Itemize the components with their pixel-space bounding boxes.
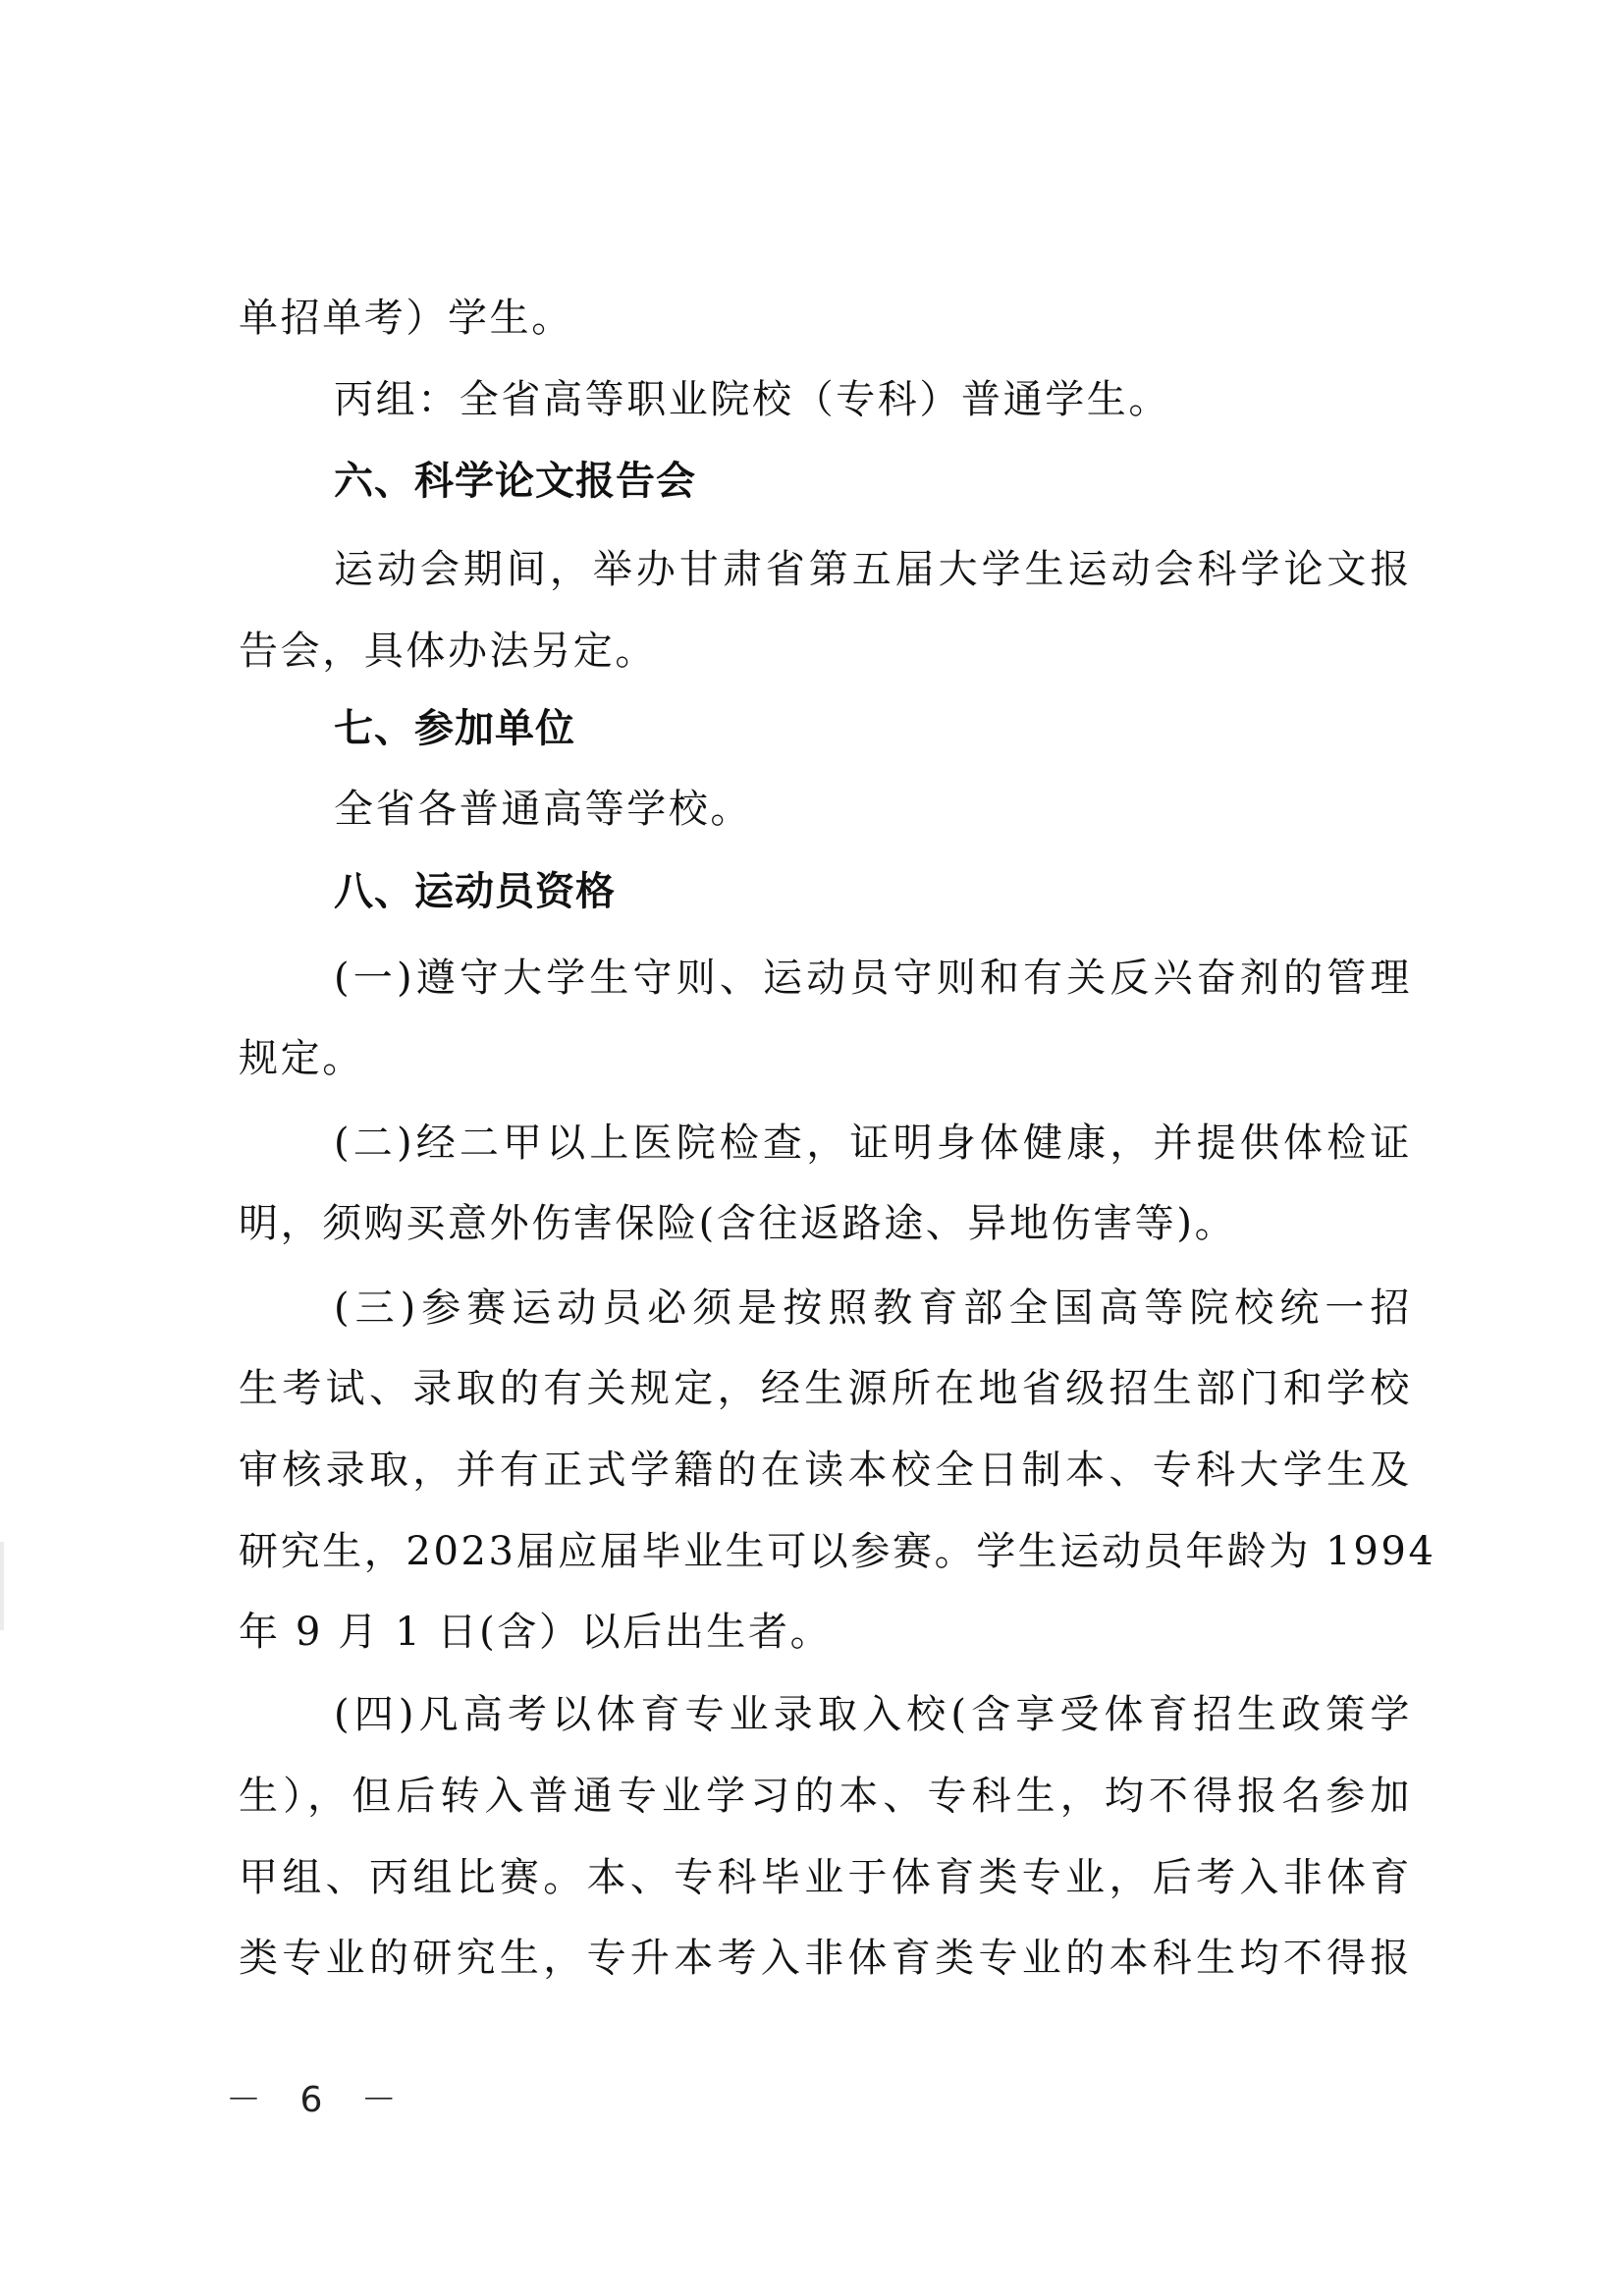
paragraph-line: 类专业的研究生，专升本考入非体育类专业的本科生均不得报 bbox=[239, 1935, 1412, 1982]
section-heading: 八、运动员资格 bbox=[334, 868, 1412, 915]
paragraph-line: 告会，具体办法另定。 bbox=[239, 628, 1412, 675]
paragraph-line: 明，须购买意外伤害保险(含往返路途、异地伤害等)。 bbox=[239, 1200, 1412, 1247]
paragraph-line: 丙组：全省高等职业院校（专科）普通学生。 bbox=[334, 376, 1412, 423]
paragraph-line: 甲组、丙组比赛。本、专科毕业于体育类专业，后考入非体育 bbox=[239, 1854, 1412, 1901]
paragraph-line: 生考试、录取的有关规定，经生源所在地省级招生部门和学校 bbox=[239, 1365, 1412, 1412]
section-heading: 七、参加单位 bbox=[334, 705, 1412, 752]
paragraph-line: (四)凡高考以体育专业录取入校(含享受体育招生政策学 bbox=[334, 1691, 1412, 1738]
paragraph-line: 审核录取，并有正式学籍的在读本校全日制本、专科大学生及 bbox=[239, 1447, 1412, 1494]
paragraph-line: (二)经二甲以上医院检查，证明身体健康，并提供体检证 bbox=[334, 1120, 1412, 1167]
paragraph-line: (一)遵守大学生守则、运动员守则和有关反兴奋剂的管理 bbox=[334, 955, 1412, 1002]
paragraph-line: 全省各普通高等学校。 bbox=[334, 786, 1412, 833]
document-page: 单招单考）学生。丙组：全省高等职业院校（专科）普通学生。六、科学论文报告会运动会… bbox=[0, 0, 1623, 2296]
page-number: － 6 － bbox=[226, 2072, 410, 2122]
paragraph-line: 研究生，2023届应届毕业生可以参赛。学生运动员年龄为 1994 bbox=[239, 1528, 1412, 1575]
paragraph-line: 运动会期间，举办甘肃省第五届大学生运动会科学论文报 bbox=[334, 546, 1412, 593]
paragraph-line: 单招单考）学生。 bbox=[239, 295, 1412, 342]
scan-edge-mark bbox=[0, 1542, 4, 1630]
paragraph-line: 规定。 bbox=[239, 1035, 1412, 1082]
paragraph-line: 生），但后转入普通专业学习的本、专科生，均不得报名参加 bbox=[239, 1773, 1412, 1820]
paragraph-line: 年 9 月 1 日(含）以后出生者。 bbox=[239, 1609, 1412, 1656]
paragraph-line: (三)参赛运动员必须是按照教育部全国高等院校统一招 bbox=[334, 1285, 1412, 1332]
section-heading: 六、科学论文报告会 bbox=[334, 458, 1412, 505]
